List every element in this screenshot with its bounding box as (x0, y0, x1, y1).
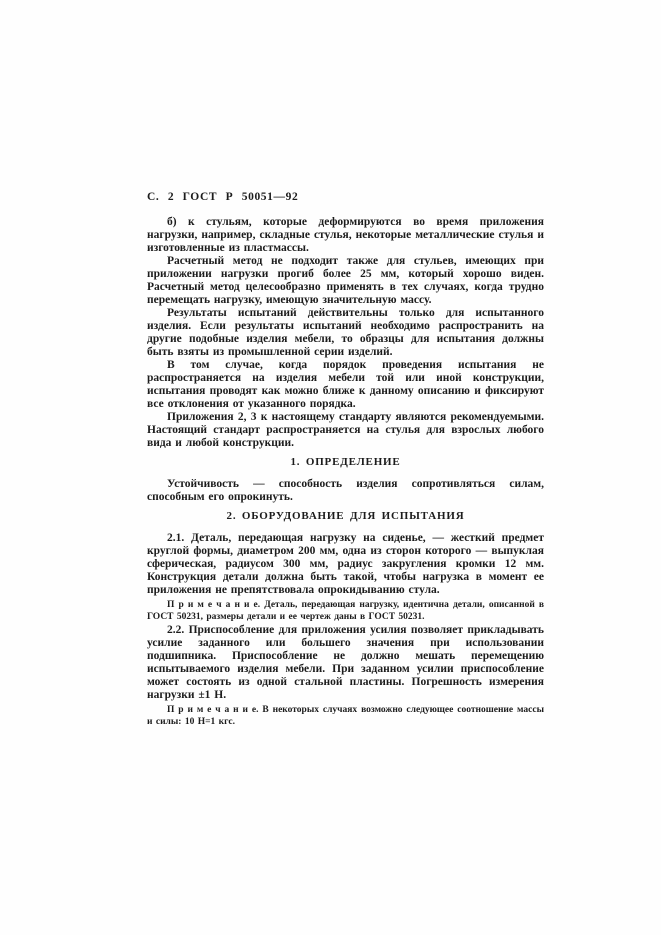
scanned-document-page: С. 2 ГОСТ Р 50051—92 б) к стульям, котор… (0, 0, 661, 935)
body-paragraph: Расчетный метод не подходит также для ст… (147, 255, 544, 307)
body-paragraph: 2.2. Приспособление для приложения усили… (147, 624, 544, 702)
note-paragraph: П р и м е ч а н и е. Деталь, передающая … (147, 599, 544, 623)
note-paragraph: П р и м е ч а н и е. В некоторых случаях… (147, 704, 544, 728)
body-paragraph: 2.1. Деталь, передающая нагрузку на сиде… (147, 532, 544, 597)
section-heading: 2. ОБОРУДОВАНИЕ ДЛЯ ИСПЫТАНИЯ (147, 510, 544, 523)
page-header-gost-number: С. 2 ГОСТ Р 50051—92 (147, 191, 544, 204)
section-heading: 1. ОПРЕДЕЛЕНИЕ (147, 456, 544, 469)
body-paragraph: б) к стульям, которые деформируются во в… (147, 216, 544, 255)
text-column: С. 2 ГОСТ Р 50051—92 б) к стульям, котор… (147, 191, 544, 729)
body-paragraph: Приложения 2, 3 к настоящему стандарту я… (147, 411, 544, 450)
document-body: б) к стульям, которые деформируются во в… (147, 216, 544, 728)
body-paragraph: В том случае, когда порядок проведения и… (147, 359, 544, 411)
body-paragraph: Результаты испытаний действительны тольк… (147, 307, 544, 359)
body-paragraph: Устойчивость — способность изделия сопро… (147, 478, 544, 504)
